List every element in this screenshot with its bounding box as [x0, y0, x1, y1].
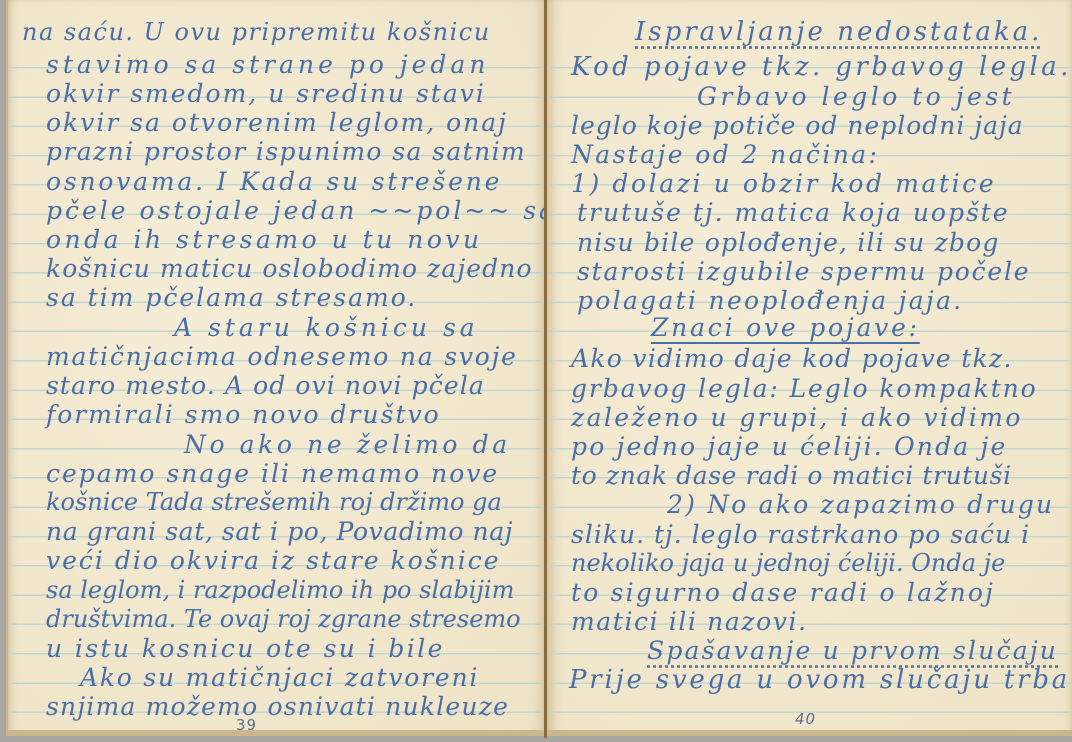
text-line: košnicu maticu oslobodimo zajedno: [46, 254, 533, 283]
text-line: na saću. U ovu pripremitu košnicu: [22, 18, 491, 47]
text-line: leglo koje potiče od neplodni jaja: [571, 111, 1024, 140]
text-line: društvima. Te ovaj roj zgrane stresemo: [46, 605, 521, 634]
text-line: u istu kosnicu ote su i bile: [46, 634, 445, 663]
text-line: Ako vidimo daje kod pojave tkz.: [571, 344, 1013, 373]
text-line: to znak dase radi o matici trutuši: [571, 461, 1012, 490]
text-line: 2) No ako zapazimo drugu: [667, 490, 1054, 519]
text-line: okvir sa otvorenim leglom, onaj: [46, 108, 508, 137]
text-line: matici ili nazovi.: [571, 607, 808, 636]
text-line: A staru košnicu sa: [174, 313, 479, 342]
text-line: prazni prostor ispunimo sa satnim: [46, 137, 526, 166]
text-line: Grbavo leglo to jest: [697, 82, 1015, 111]
text-line: osnovama. I Kada su strešene: [46, 167, 502, 196]
right-page: Ispravljanje nedostataka. Kod pojave tkz…: [547, 0, 1072, 736]
text-line: onda ih stresamo u tu novu: [46, 225, 483, 254]
text-line: sa leglom, i razpodelimo ih po slabijim: [46, 576, 514, 605]
text-line: okvir smedom, u sredinu stavi: [46, 79, 486, 108]
text-line: matičnjacima odnesemo na svoje: [46, 342, 518, 371]
text-line: to sigurno dase radi o lažnoj: [571, 578, 995, 607]
text-line: nekoliko jaja u jednoj ćeliji. Onda je: [571, 549, 1005, 578]
notebook-spread: na saću. U ovu pripremitu košnicu stavim…: [6, 0, 1072, 742]
text-line: Prije svega u ovom slučaju trba: [569, 666, 1070, 695]
text-line: Nastaje od 2 načina:: [571, 140, 879, 169]
text-line: stavimo sa strane po jedan: [46, 50, 489, 79]
text-line: 1) dolazi u obzir kod matice: [571, 169, 996, 198]
text-line: polagati neoplođenja jaja.: [577, 286, 963, 315]
text-line: zaleženo u grupi, i ako vidimo: [571, 403, 1023, 432]
section-heading: Znaci ove pojave:: [651, 313, 920, 342]
section-heading: Spašavanje u prvom slučaju: [647, 636, 1058, 665]
text-line: staro mesto. A od ovi novi pčela: [46, 371, 485, 400]
text-line: Ako su matičnjaci zatvoreni: [80, 663, 479, 692]
section-heading: Ispravljanje nedostataka.: [635, 18, 1042, 47]
text-line: pčele ostojale jedan ~~pol~~ sat: [46, 196, 546, 225]
left-page: na saću. U ovu pripremitu košnicu stavim…: [6, 0, 546, 736]
text-line: košnice Tada strešemih roj držimo ga: [46, 488, 502, 517]
text-line: grbavog legla: Leglo kompaktno: [571, 374, 1038, 403]
text-line: nisu bile oplođenje, ili su zbog: [577, 228, 1000, 257]
text-line: cepamo snage ili nemamo nove: [46, 459, 499, 488]
text-line: sliku. tj. leglo rastrkano po saću i: [571, 520, 1030, 549]
text-line: na grani sat, sat i po, Povadimo naj: [46, 517, 513, 546]
text-line: snjima možemo osnivati nukleuze: [46, 692, 509, 721]
text-line: trutuše tj. matica koja uopšte: [577, 198, 1010, 227]
text-line: sa tim pčelama stresamo.: [46, 283, 417, 312]
text-line: veći dio okvira iz stare košnice: [46, 546, 501, 575]
page-edge: [8, 730, 546, 736]
text-line: starosti izgubile spermu počele: [577, 257, 1030, 286]
page-number: 40: [795, 710, 816, 728]
text-line: No ako ne želimo da: [184, 430, 511, 459]
text-line: po jedno jaje u ćeliji. Onda je: [571, 432, 1007, 461]
page-edge: [547, 730, 1072, 736]
text-line: formirali smo novo društvo: [46, 400, 441, 429]
text-line: Kod pojave tkz. grbavog legla.: [571, 53, 1072, 82]
